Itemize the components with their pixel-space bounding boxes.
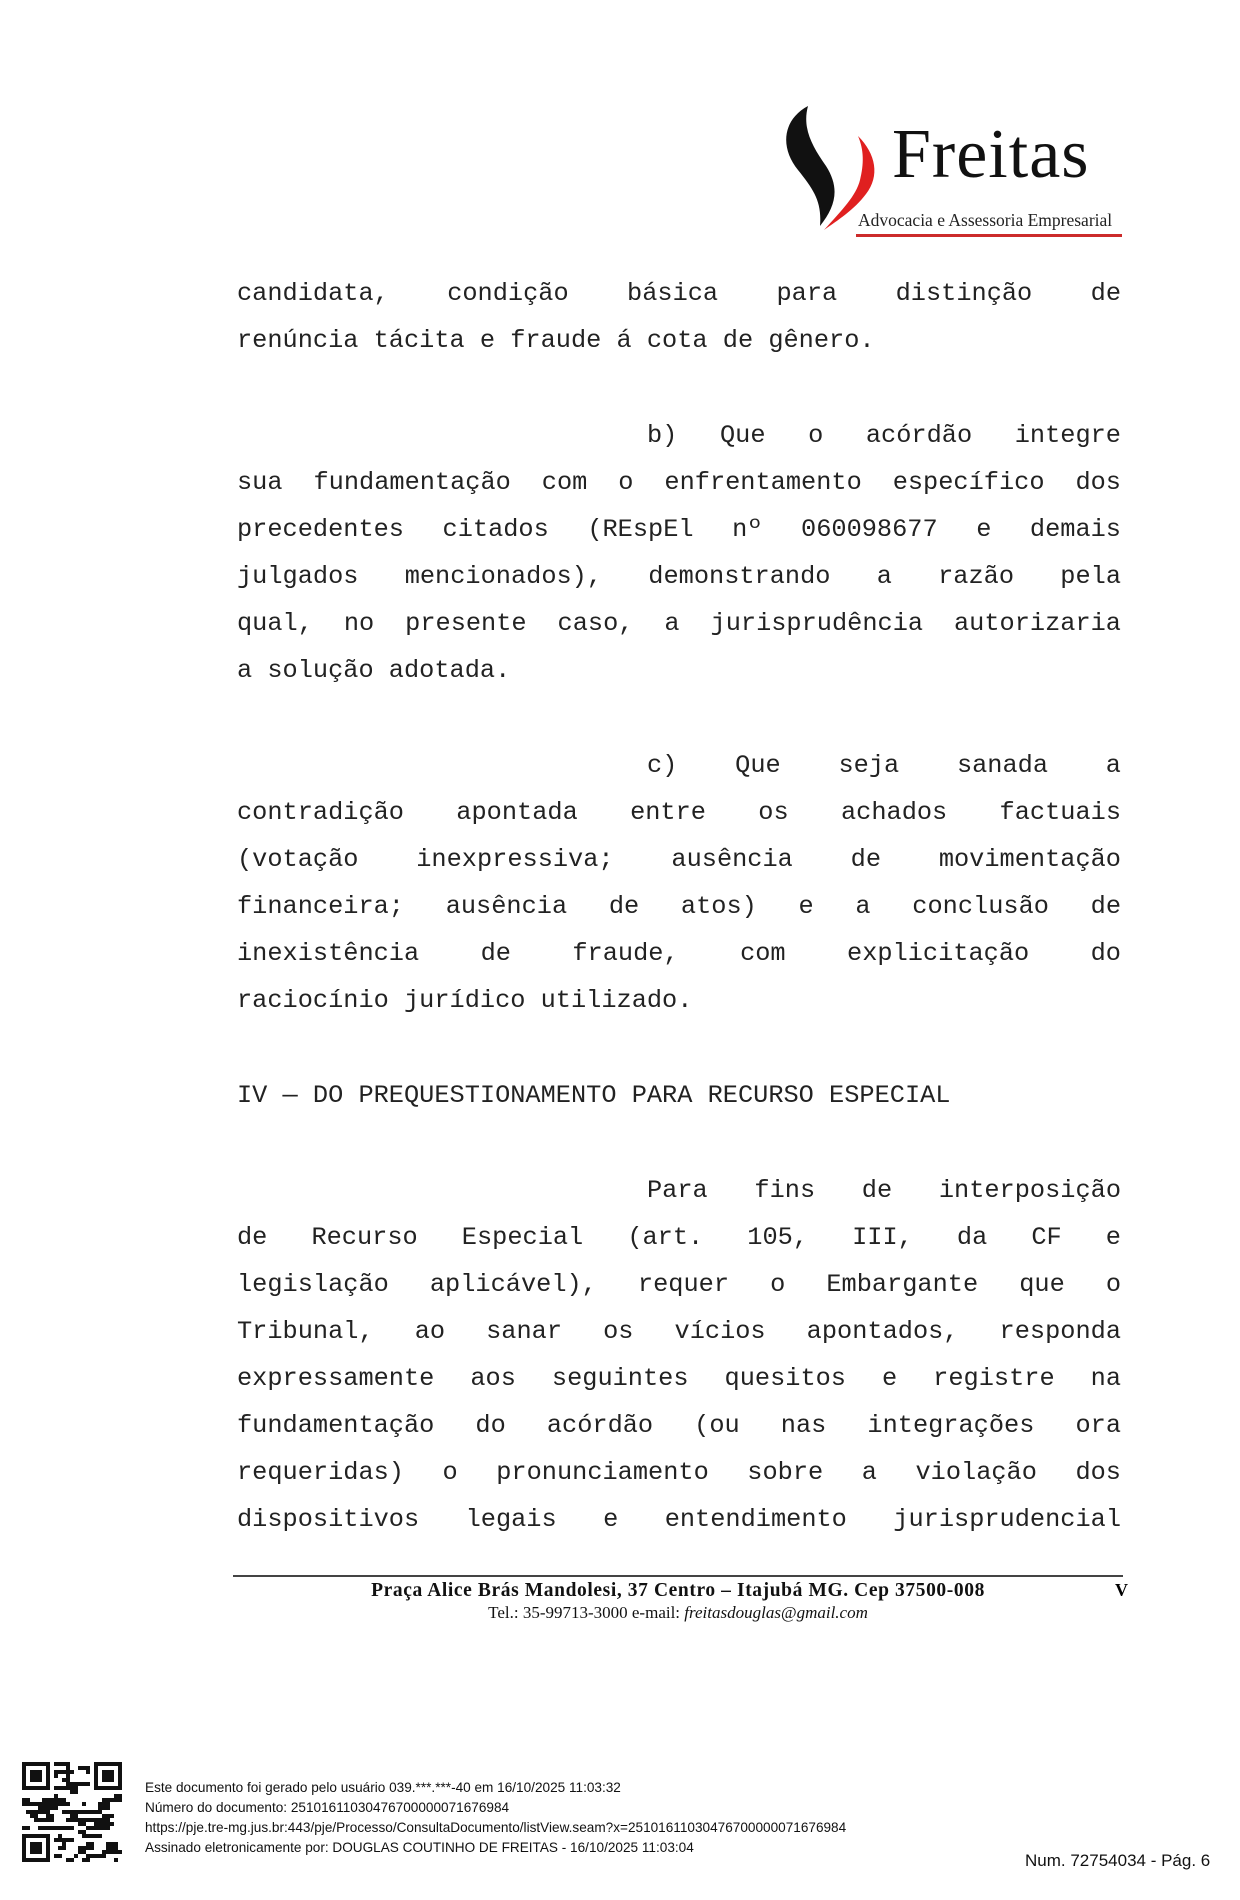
body-line: requeridas) o pronunciamento sobre a vio… (237, 1449, 1121, 1497)
body-line: raciocínio jurídico utilizado. (237, 977, 1121, 1025)
logo-tagline: Advocacia e Assessoria Empresarial (858, 210, 1112, 230)
qr-code-icon (22, 1762, 122, 1862)
body-line: (votação inexpressiva; ausência de movim… (237, 836, 1121, 884)
body-line: expressamente aos seguintes quesitos e r… (237, 1355, 1121, 1403)
body-line: contradição apontada entre os achados fa… (237, 789, 1121, 837)
body-line: b) Que o acórdão integre (647, 412, 1121, 460)
body-line: sua fundamentação com o enfrentamento es… (237, 459, 1121, 507)
footer-address: Praça Alice Brás Mandolesi, 37 Centro – … (233, 1579, 1123, 1603)
stamp-document-url[interactable]: https://pje.tre-mg.jus.br:443/pje/Proces… (145, 1818, 846, 1838)
footer-contact: Tel.: 35-99713-3000 e-mail: freitasdougl… (233, 1602, 1123, 1624)
footer-email[interactable]: freitasdouglas@gmail.com (684, 1603, 868, 1622)
stamp-generated-by: Este documento foi gerado pelo usuário 0… (145, 1778, 846, 1798)
body-line: c) Que seja sanada a (647, 742, 1121, 790)
section-heading: IV — DO PREQUESTIONAMENTO PARA RECURSO E… (237, 1072, 1121, 1120)
body-line: legislação aplicável), requer o Embargan… (237, 1261, 1121, 1309)
footer-divider (233, 1575, 1123, 1577)
body-line: Tribunal, ao sanar os vícios apontados, … (237, 1308, 1121, 1356)
body-line: qual, no presente caso, a jurisprudência… (237, 600, 1121, 648)
stamp-signed-by: Assinado eletronicamente por: DOUGLAS CO… (145, 1838, 846, 1858)
body-line: dispositivos legais e entendimento juris… (237, 1496, 1121, 1544)
footer-phone: Tel.: 35-99713-3000 e-mail: (488, 1603, 684, 1622)
body-line: candidata, condição básica para distinçã… (237, 270, 1121, 318)
logo-underline (856, 234, 1122, 237)
body-line: fundamentação do acórdão (ou nas integra… (237, 1402, 1121, 1450)
stamp-document-number: Número do documento: 2510161103047670000… (145, 1798, 846, 1818)
footer-edge-mark: V (1115, 1580, 1128, 1601)
logo-name: Freitas (892, 120, 1090, 190)
body-line: a solução adotada. (237, 647, 1121, 695)
body-line: financeira; ausência de atos) e a conclu… (237, 883, 1121, 931)
body-line: de Recurso Especial (art. 105, III, da C… (237, 1214, 1121, 1262)
electronic-signature-stamp: Este documento foi gerado pelo usuário 0… (145, 1778, 846, 1858)
body-line: renúncia tácita e fraude á cota de gêner… (237, 317, 1121, 365)
body-line: julgados mencionados), demonstrando a ra… (237, 553, 1121, 601)
freitas-logo: Freitas Advocacia e Assessoria Empresari… (780, 98, 1125, 243)
body-line: Para fins de interposição (647, 1167, 1121, 1215)
body-line: precedentes citados (REspEl nº 060098677… (237, 506, 1121, 554)
page-number: Num. 72754034 - Pág. 6 (1025, 1850, 1210, 1872)
body-line: inexistência de fraude, com explicitação… (237, 930, 1121, 978)
